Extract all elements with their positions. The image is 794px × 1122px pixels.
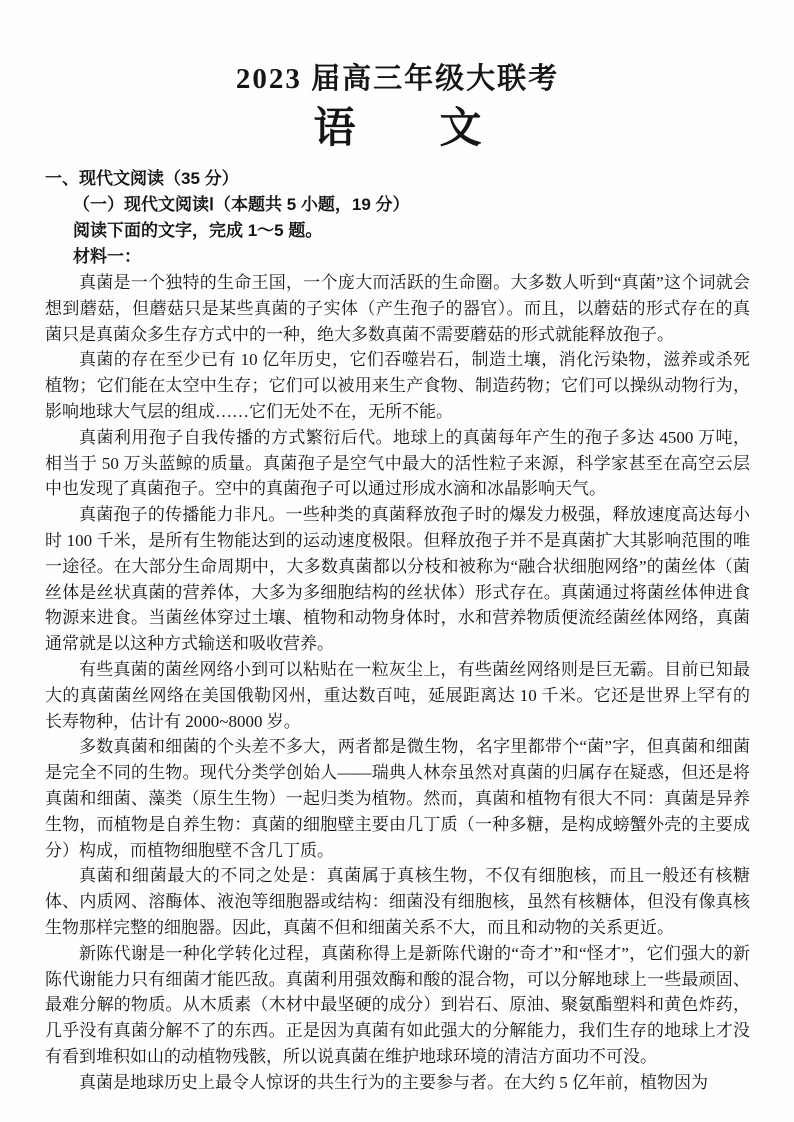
material-paragraph: 有些真菌的菌丝网络小到可以粘贴在一粒灰尘上，有些菌丝网络则是巨无霸。目前已知最大…: [45, 657, 750, 734]
material-paragraph: 真菌利用孢子自我传播的方式繁衍后代。地球上的真菌每年产生的孢子多达 4500 万…: [45, 425, 750, 502]
material-paragraphs: 真菌是一个独特的生命王国，一个庞大而活跃的生命圈。大多数人听到“真菌”这个词就会…: [45, 270, 750, 1096]
material-paragraph: 多数真菌和细菌的个头差不多大，两者都是微生物，名字里都带个“菌”字，但真菌和细菌…: [45, 734, 750, 863]
material-paragraph: 真菌是一个独特的生命王国，一个庞大而活跃的生命圈。大多数人听到“真菌”这个词就会…: [45, 270, 750, 347]
material-paragraph: 新陈代谢是一种化学转化过程，真菌称得上是新陈代谢的“奇才”和“怪才”，它们强大的…: [45, 941, 750, 1070]
material-one-label: 材料一：: [45, 244, 750, 270]
reading-instruction: 阅读下面的文字，完成 1～5 题。: [45, 218, 750, 244]
subject-title: 语 文: [45, 104, 750, 154]
material-paragraph: 真菌和细菌最大的不同之处是：真菌属于真核生物，不仅有细胞核，而且一般还有核糖体、…: [45, 863, 750, 940]
exam-paper-page: 2023 届高三年级大联考 语 文 一、现代文阅读（35 分） （一）现代文阅读…: [0, 0, 794, 1122]
subsection-heading-reading-1: （一）现代文阅读Ⅰ（本题共 5 小题，19 分）: [45, 192, 750, 218]
section-heading-modern-reading: 一、现代文阅读（35 分）: [45, 166, 750, 192]
exam-title: 2023 届高三年级大联考: [45, 62, 750, 96]
material-paragraph: 真菌孢子的传播能力非凡。一些种类的真菌释放孢子时的爆发力极强，释放速度高达每小时…: [45, 502, 750, 657]
material-paragraph: 真菌的存在至少已有 10 亿年历史，它们吞噬岩石，制造土壤，消化污染物，滋养或杀…: [45, 347, 750, 424]
material-paragraph: 真菌是地球历史上最令人惊讶的共生行为的主要参与者。在大约 5 亿年前，植物因为: [45, 1070, 750, 1096]
